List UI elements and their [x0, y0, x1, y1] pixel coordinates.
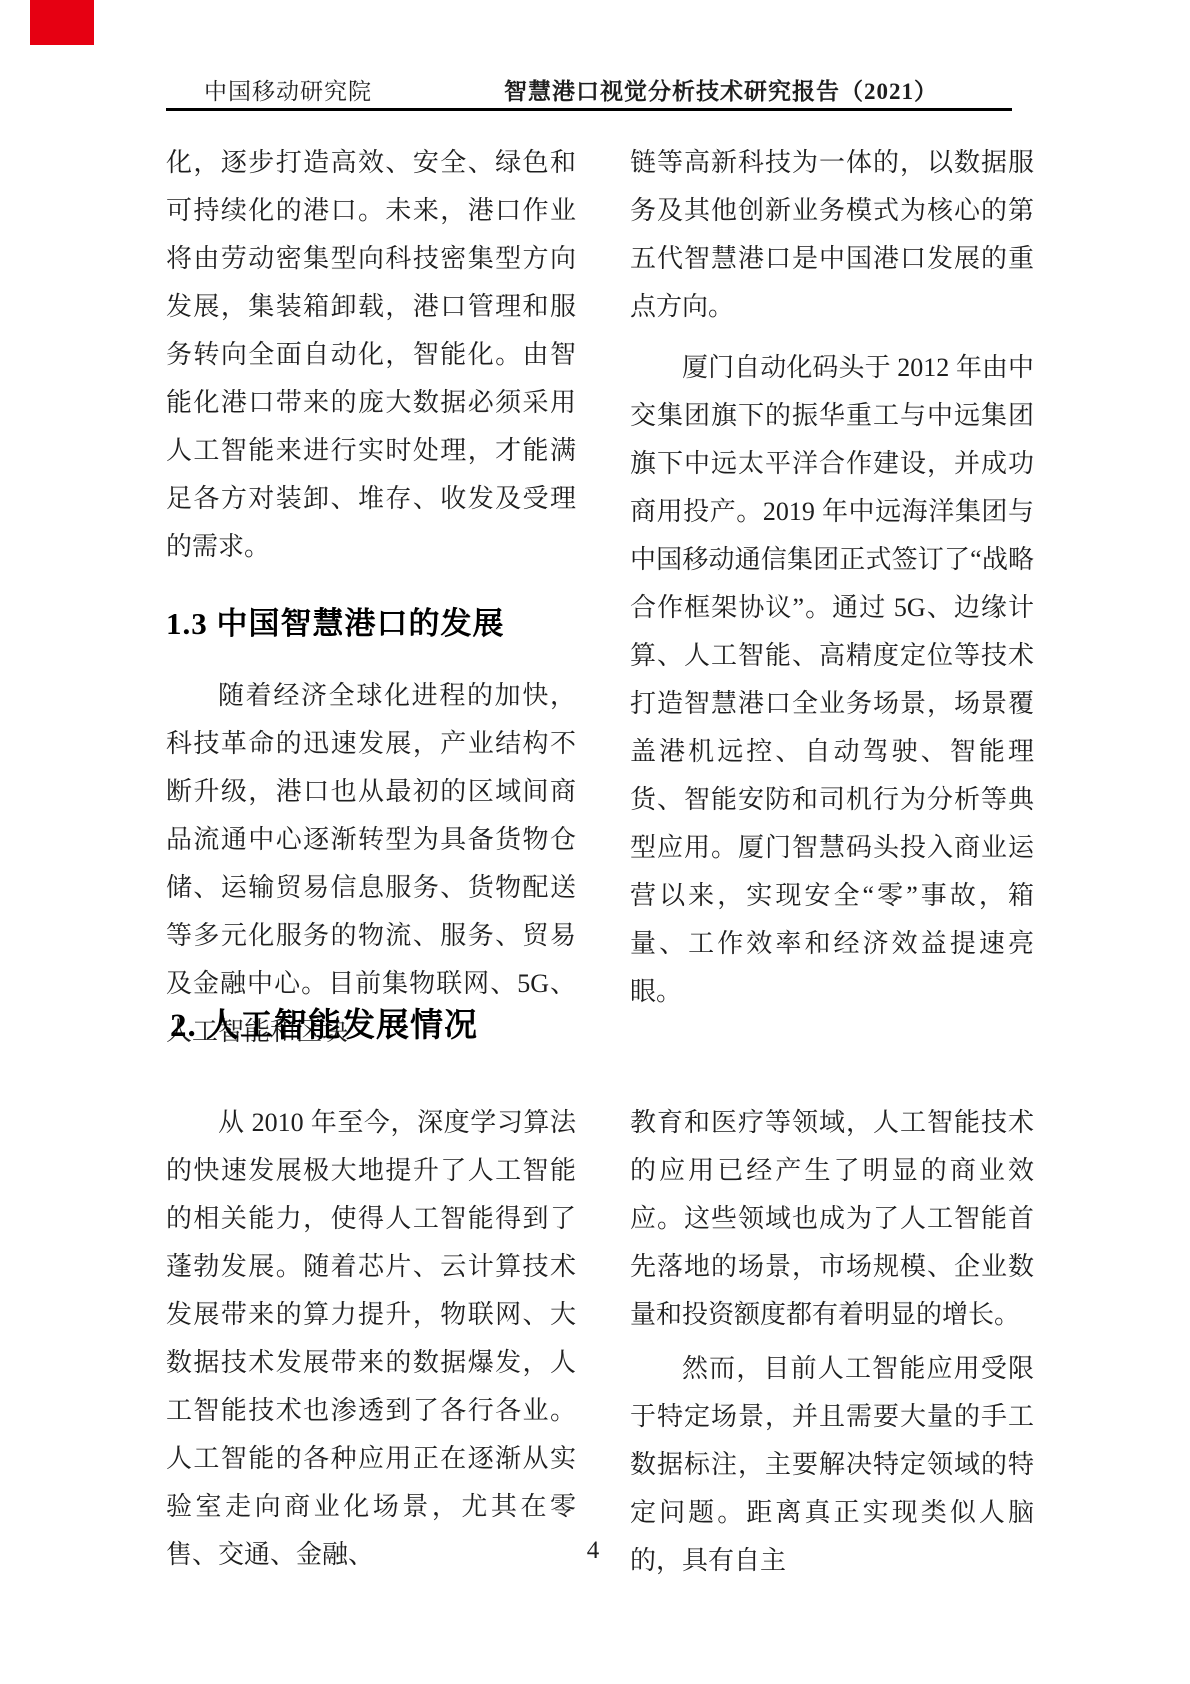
paragraph-deep-learning: 从 2010 年至今，深度学习算法的快速发展极大地提升了人工智能的相关能力，使得… [166, 1099, 576, 1579]
header-divider-rule [166, 108, 1012, 111]
paragraph-globalization: 随着经济全球化进程的加快，科技革命的迅速发展，产业结构不断升级，港口也从最初的区… [166, 672, 576, 1056]
column-right-bottom: 教育和医疗等领域，人工智能技术的应用已经产生了明显的商业效应。这些领域也成为了人… [630, 1099, 1034, 1585]
section-heading-2: 2. 人工智能发展情况 [170, 1004, 478, 1048]
header-report-title: 智慧港口视觉分析技术研究报告（2021） [504, 78, 938, 106]
paragraph-fifth-gen-port: 链等高新科技为一体的，以数据服务及其他创新业务模式为核心的第五代智慧港口是中国港… [630, 139, 1034, 331]
paragraph-port-automation: 化，逐步打造高效、安全、绿色和可持续化的港口。未来，港口作业将由劳动密集型向科技… [166, 139, 576, 571]
document-page: 中国移动研究院 智慧港口视觉分析技术研究报告（2021） 化，逐步打造高效、安全… [0, 0, 1190, 1684]
column-right-top: 链等高新科技为一体的，以数据服务及其他创新业务模式为核心的第五代智慧港口是中国港… [630, 139, 1034, 1016]
red-corner-badge [30, 0, 94, 45]
paragraph-xiamen-terminal: 厦门自动化码头于 2012 年由中交集团旗下的振华重工与中远集团旗下中远太平洋合… [630, 344, 1034, 1016]
header-organization: 中国移动研究院 [204, 78, 372, 106]
column-left-top: 化，逐步打造高效、安全、绿色和可持续化的港口。未来，港口作业将由劳动密集型向科技… [166, 139, 576, 1056]
paragraph-ai-commercial-effect: 教育和医疗等领域，人工智能技术的应用已经产生了明显的商业效应。这些领域也成为了人… [630, 1099, 1034, 1339]
column-left-bottom: 从 2010 年至今，深度学习算法的快速发展极大地提升了人工智能的相关能力，使得… [166, 1099, 576, 1579]
section-heading-1-3: 1.3 中国智慧港口的发展 [166, 604, 576, 644]
page-number: 4 [0, 1536, 1186, 1566]
